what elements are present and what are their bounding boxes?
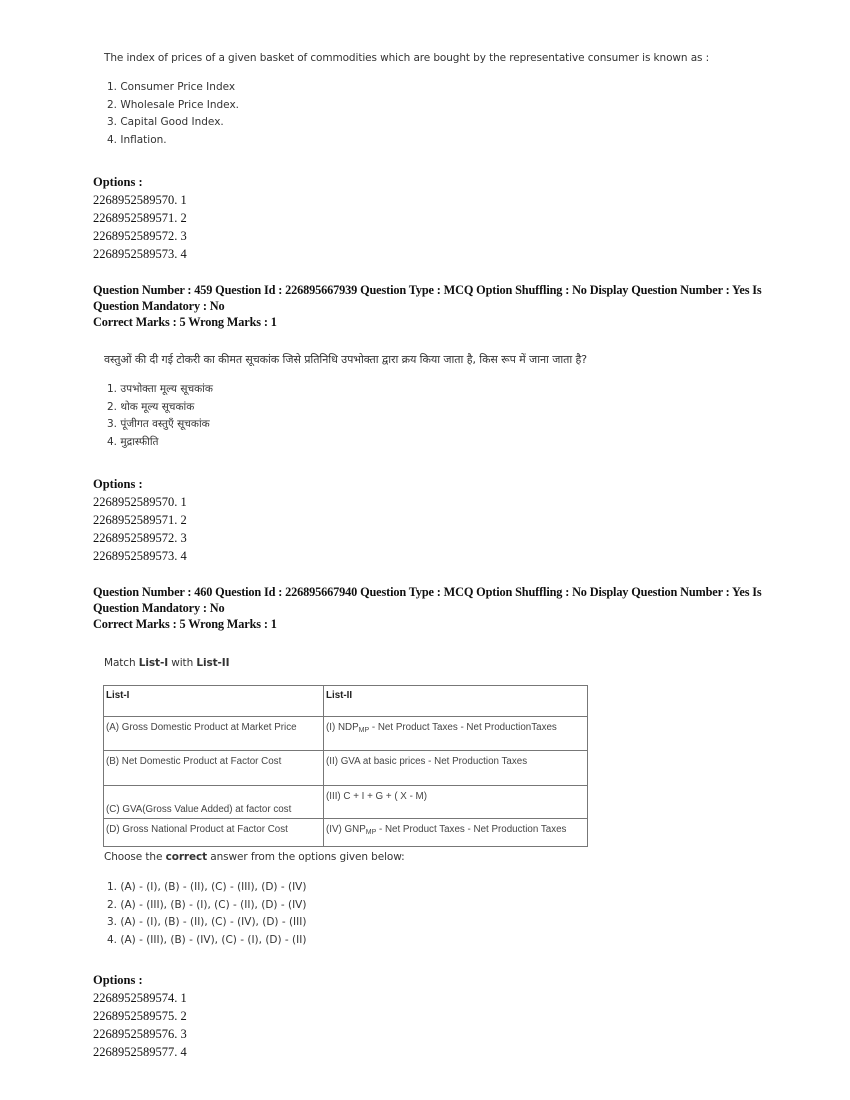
- choice-item: 2. थोक मूल्य सूचकांक: [107, 399, 213, 417]
- choice-item: 3. Capital Good Index.: [107, 114, 239, 132]
- table-cell: (D) Gross National Product at Factor Cos…: [104, 819, 324, 847]
- table-row: (D) Gross National Product at Factor Cos…: [104, 819, 588, 847]
- table-row: (A) Gross Domestic Product at Market Pri…: [104, 717, 588, 751]
- option-id: 2268952589570. 1: [93, 493, 187, 511]
- answer-choices: 1. (A) - (I), (B) - (II), (C) - (III), (…: [107, 879, 306, 949]
- choice-item: 1. (A) - (I), (B) - (II), (C) - (III), (…: [107, 879, 306, 897]
- marks-line: Correct Marks : 5 Wrong Marks : 1: [93, 616, 773, 632]
- match-table: List-I List-II (A) Gross Domestic Produc…: [103, 685, 588, 847]
- meta-line: Question Number : 459 Question Id : 2268…: [93, 282, 773, 298]
- table-header: List-II: [324, 686, 588, 717]
- choice-item: 2. (A) - (III), (B) - (I), (C) - (II), (…: [107, 897, 306, 915]
- table-cell: (II) GVA at basic prices - Net Productio…: [324, 751, 588, 786]
- option-id: 2268952589573. 4: [93, 245, 187, 263]
- choice-item: 4. Inflation.: [107, 132, 239, 150]
- choice-item: 3. पूंजीगत वस्तुएँ सूचकांक: [107, 416, 213, 434]
- option-id: 2268952589575. 2: [93, 1007, 187, 1025]
- choice-item: 4. मुद्रास्फीति: [107, 434, 213, 452]
- option-id: 2268952589577. 4: [93, 1043, 187, 1061]
- options-heading: Options :: [93, 173, 187, 191]
- answer-choices: 1. Consumer Price Index 2. Wholesale Pri…: [107, 79, 239, 149]
- option-id: 2268952589570. 1: [93, 191, 187, 209]
- table-cell: (I) NDPMP - Net Product Taxes - Net Prod…: [324, 717, 588, 751]
- table-row: (C) GVA(Gross Value Added) at factor cos…: [104, 786, 588, 819]
- choice-item: 4. (A) - (III), (B) - (IV), (C) - (I), (…: [107, 932, 306, 950]
- marks-line: Correct Marks : 5 Wrong Marks : 1: [93, 314, 773, 330]
- question-meta: Question Number : 460 Question Id : 2268…: [93, 584, 773, 632]
- options-heading: Options :: [93, 971, 187, 989]
- option-id: 2268952589572. 3: [93, 529, 187, 547]
- option-id: 2268952589572. 3: [93, 227, 187, 245]
- meta-line: Question Number : 460 Question Id : 2268…: [93, 584, 773, 600]
- table-cell: (IV) GNPMP - Net Product Taxes - Net Pro…: [324, 819, 588, 847]
- options-block: Options : 2268952589574. 1 2268952589575…: [93, 971, 187, 1061]
- option-id: 2268952589571. 2: [93, 209, 187, 227]
- option-id: 2268952589573. 4: [93, 547, 187, 565]
- choice-item: 1. उपभोक्ता मूल्य सूचकांक: [107, 381, 213, 399]
- table-cell: (C) GVA(Gross Value Added) at factor cos…: [104, 786, 324, 819]
- choice-item: 3. (A) - (I), (B) - (II), (C) - (IV), (D…: [107, 914, 306, 932]
- question-text-hindi: वस्तुओं की दी गई टोकरी का कीमत सूचकांक ज…: [104, 352, 587, 367]
- table-row: (B) Net Domestic Product at Factor Cost …: [104, 751, 588, 786]
- option-id: 2268952589576. 3: [93, 1025, 187, 1043]
- choice-item: 1. Consumer Price Index: [107, 79, 239, 97]
- options-heading: Options :: [93, 475, 187, 493]
- choose-instruction: Choose the correct answer from the optio…: [104, 851, 405, 863]
- table-header-row: List-I List-II: [104, 686, 588, 717]
- option-id: 2268952589574. 1: [93, 989, 187, 1007]
- choice-item: 2. Wholesale Price Index.: [107, 97, 239, 115]
- table-cell: (B) Net Domestic Product at Factor Cost: [104, 751, 324, 786]
- options-block: Options : 2268952589570. 1 2268952589571…: [93, 475, 187, 565]
- match-instruction: Match List-I with List-II: [104, 657, 229, 669]
- options-block: Options : 2268952589570. 1 2268952589571…: [93, 173, 187, 263]
- question-meta: Question Number : 459 Question Id : 2268…: [93, 282, 773, 330]
- option-id: 2268952589571. 2: [93, 511, 187, 529]
- table-cell: (A) Gross Domestic Product at Market Pri…: [104, 717, 324, 751]
- question-text: The index of prices of a given basket of…: [104, 52, 709, 64]
- answer-choices-hindi: 1. उपभोक्ता मूल्य सूचकांक 2. थोक मूल्य स…: [107, 381, 213, 451]
- table-cell: (III) C + I + G + ( X - M): [324, 786, 588, 819]
- meta-line: Question Mandatory : No: [93, 298, 773, 314]
- meta-line: Question Mandatory : No: [93, 600, 773, 616]
- table-header: List-I: [104, 686, 324, 717]
